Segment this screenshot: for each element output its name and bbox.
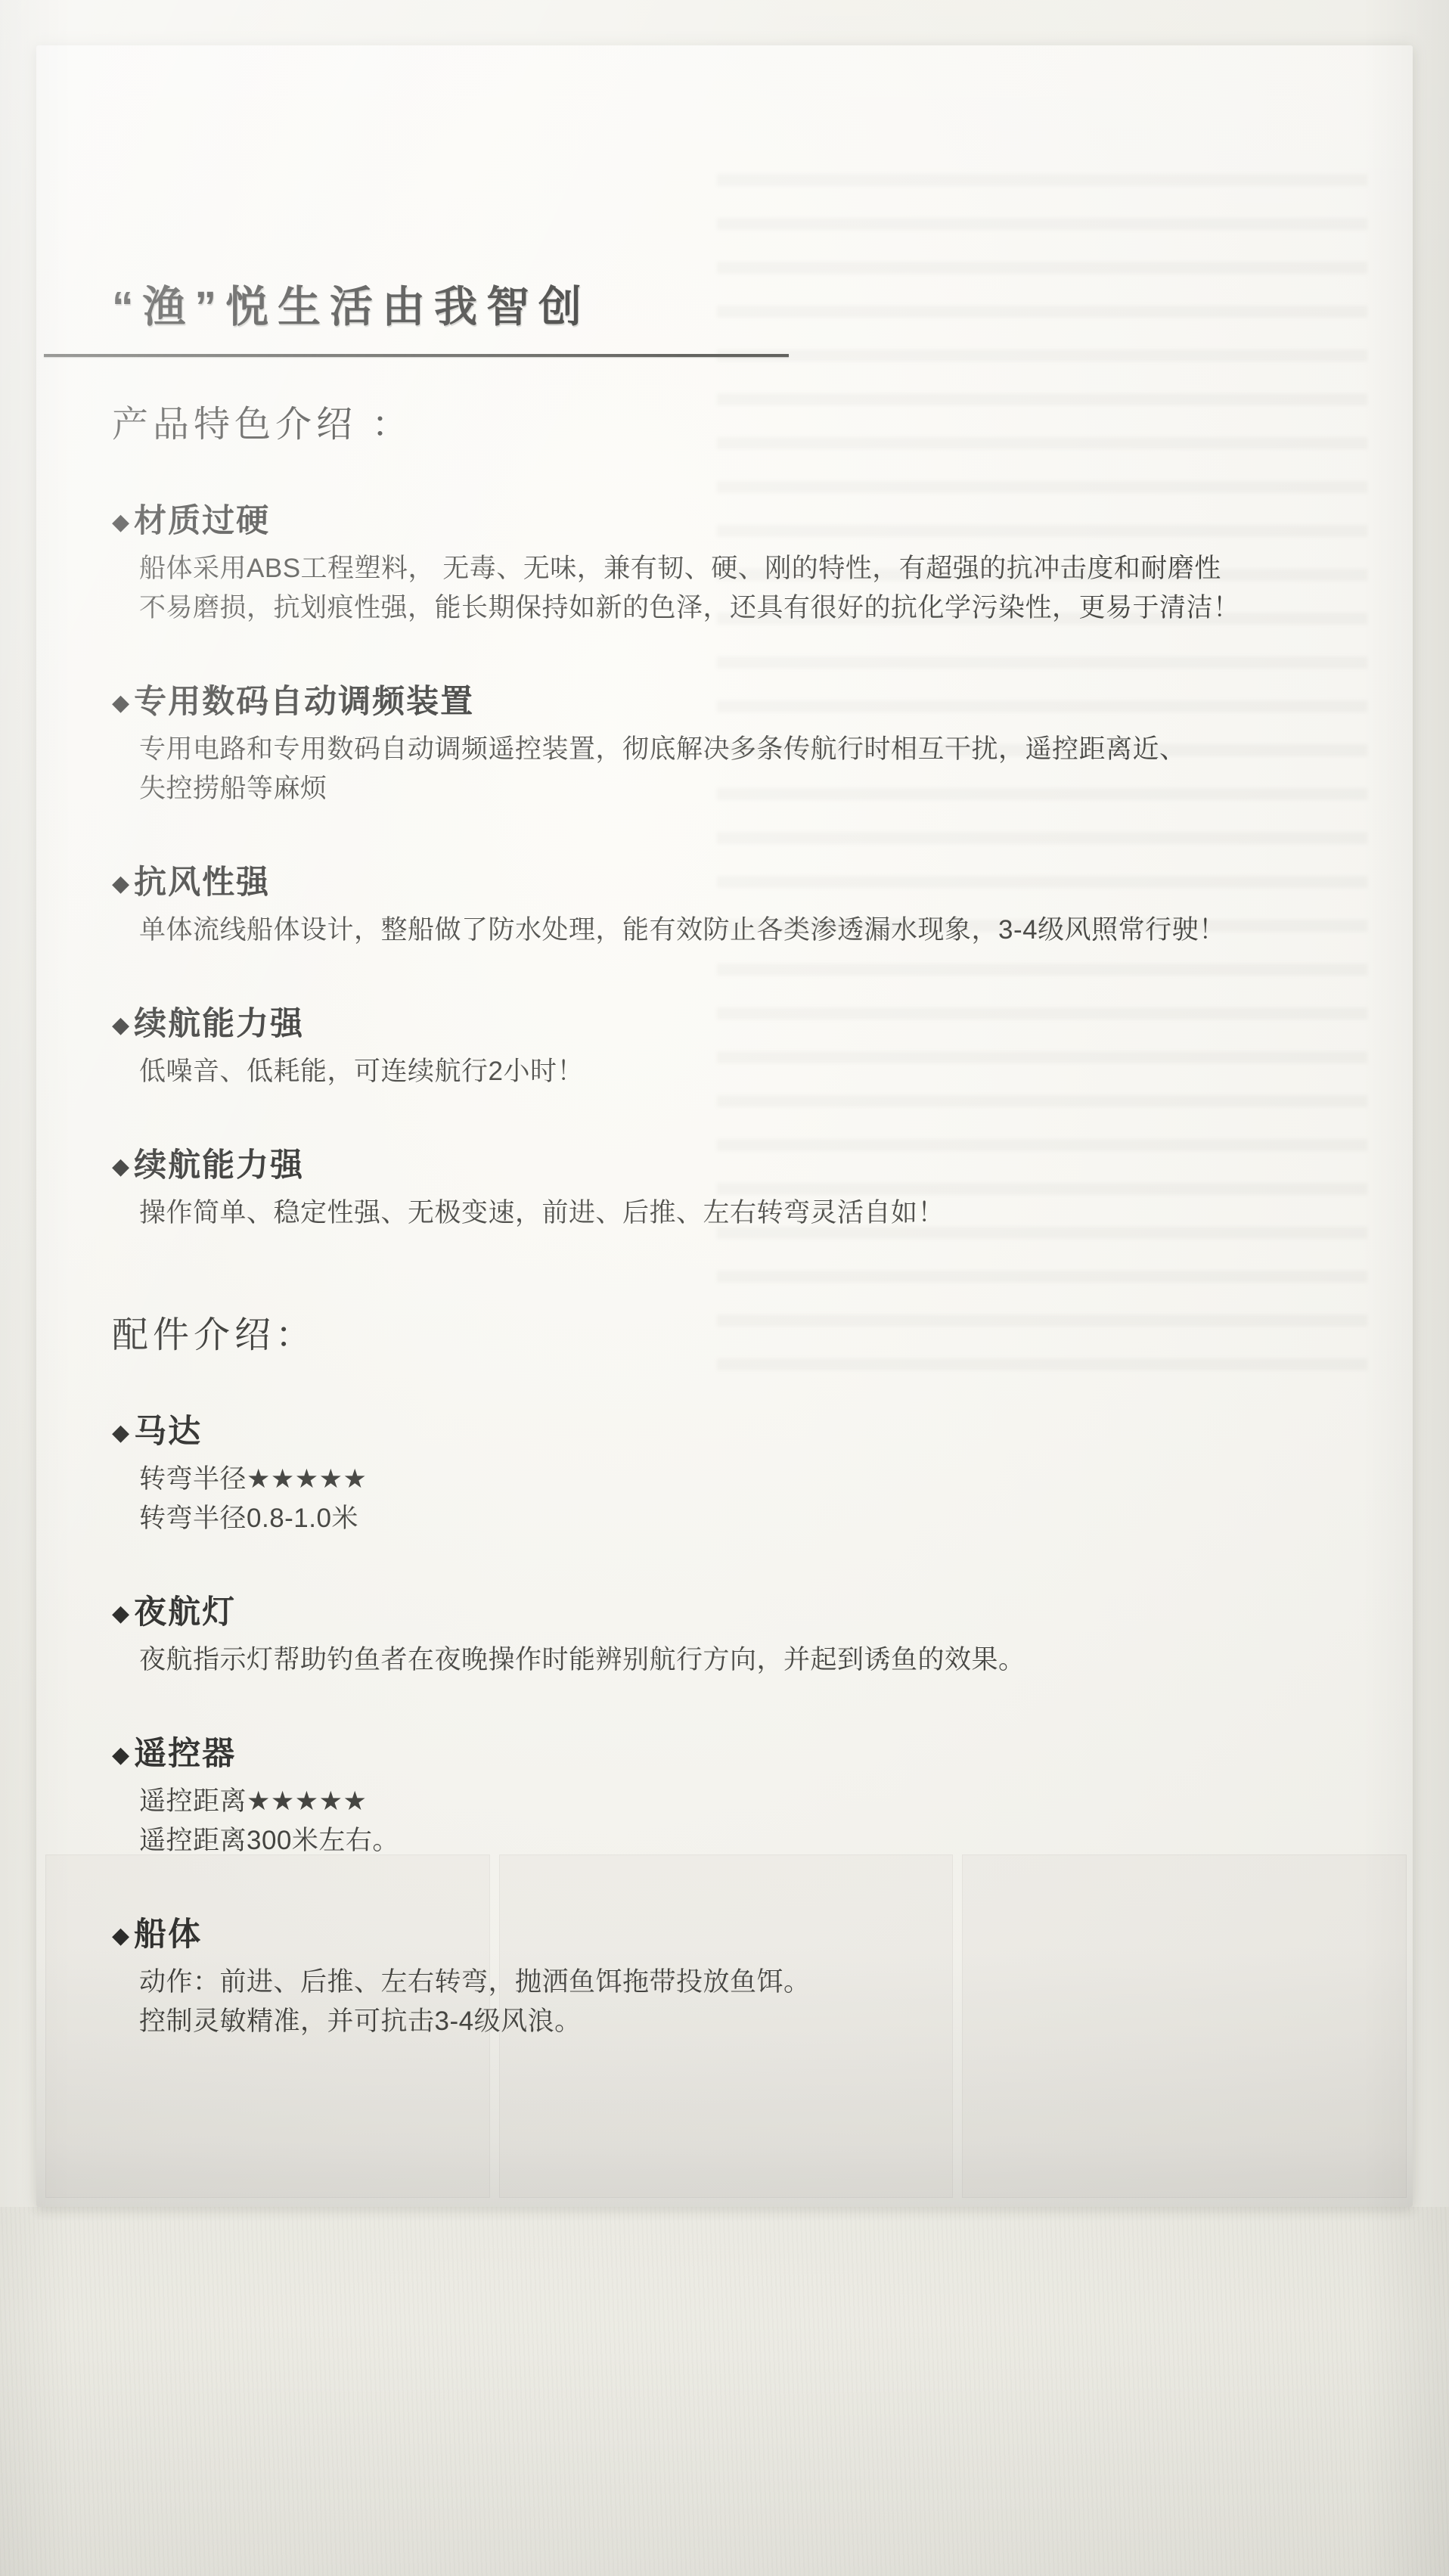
feature-line: 专用电路和专用数码自动调频遥控装置，彻底解决多条传航行时相互干扰，遥控距离近、: [139, 730, 1330, 769]
feature-section-endurance-1: ◆ 续航能力强 低噪音、低耗能，可连续航行2小时！: [112, 998, 1330, 1091]
feature-section-frequency: ◆ 专用数码自动调频装置 专用电路和专用数码自动调频遥控装置，彻底解决多条传航行…: [112, 676, 1330, 808]
feature-heading: ◆ 专用数码自动调频装置: [112, 676, 1330, 722]
accessory-title: 马达: [134, 1406, 202, 1452]
feature-body: 操作简单、稳定性强、无极变速，前进、后推、左右转弯灵活自如！: [139, 1193, 1330, 1233]
feature-section-endurance-2: ◆ 续航能力强 操作简单、稳定性强、无极变速，前进、后推、左右转弯灵活自如！: [112, 1140, 1330, 1233]
diamond-bullet-icon: ◆: [112, 1156, 131, 1178]
feature-line: 失控捞船等麻烦: [139, 769, 1330, 808]
accessory-body: 转弯半径★★★★★ 转弯半径0.8-1.0米: [139, 1460, 1330, 1538]
feature-line: 操作简单、稳定性强、无极变速，前进、后推、左右转弯灵活自如！: [139, 1193, 1330, 1233]
feature-heading: ◆ 续航能力强: [112, 998, 1330, 1044]
feature-line: 船体采用ABS工程塑料， 无毒、无味，兼有韧、硬、刚的特性，有超强的抗冲击度和耐…: [139, 549, 1330, 588]
feature-heading: ◆ 抗风性强: [112, 857, 1330, 903]
feature-line: 不易磨损，抗划痕性强，能长期保持如新的色泽，还具有很好的抗化学污染性，更易于清洁…: [139, 588, 1330, 628]
diamond-bullet-icon: ◆: [112, 511, 131, 534]
page-content: “渔”悦生活由我智创 产品特色介绍 ： ◆ 材质过硬 船体采用ABS工程塑料， …: [36, 45, 1413, 2207]
feature-title: 材质过硬: [134, 495, 270, 542]
feature-title: 专用数码自动调频装置: [134, 676, 474, 722]
page-title: “渔”悦生活由我智创: [112, 272, 1330, 334]
feature-heading: ◆ 续航能力强: [112, 1140, 1330, 1186]
accessory-title: 夜航灯: [134, 1587, 236, 1633]
feature-title: 抗风性强: [134, 857, 270, 903]
diamond-bullet-icon: ◆: [112, 1925, 131, 1948]
feature-title: 续航能力强: [134, 1140, 304, 1186]
accessory-line: 转弯半径0.8-1.0米: [139, 1499, 1330, 1538]
accessory-line: 遥控距离300米左右。: [139, 1821, 1330, 1861]
features-section-heading: 产品特色介绍 ：: [112, 395, 1330, 447]
diamond-bullet-icon: ◆: [112, 692, 131, 715]
feature-line: 单体流线船体设计，整船做了防水处理，能有效防止各类渗透漏水现象，3-4级风照常行…: [139, 911, 1330, 950]
table-surface-background: [0, 2207, 1449, 2576]
accessory-body: 动作：前进、后推、左右转弯，抛洒鱼饵拖带投放鱼饵。 控制灵敏精准，并可抗击3-4…: [139, 1963, 1330, 2041]
diamond-bullet-icon: ◆: [112, 1422, 131, 1445]
diamond-bullet-icon: ◆: [112, 1014, 131, 1037]
feature-section-material: ◆ 材质过硬 船体采用ABS工程塑料， 无毒、无味，兼有韧、硬、刚的特性，有超强…: [112, 495, 1330, 628]
accessory-heading: ◆ 夜航灯: [112, 1587, 1330, 1633]
accessory-heading: ◆ 船体: [112, 1909, 1330, 1955]
feature-body: 低噪音、低耗能，可连续航行2小时！: [139, 1052, 1330, 1091]
accessory-line: 动作：前进、后推、左右转弯，抛洒鱼饵拖带投放鱼饵。: [139, 1963, 1330, 2002]
accessory-heading: ◆ 遥控器: [112, 1728, 1330, 1774]
accessory-heading: ◆ 马达: [112, 1406, 1330, 1452]
rating-line: 转弯半径★★★★★: [139, 1460, 1330, 1499]
accessory-section-hull: ◆ 船体 动作：前进、后推、左右转弯，抛洒鱼饵拖带投放鱼饵。 控制灵敏精准，并可…: [112, 1909, 1330, 2041]
accessory-title: 船体: [134, 1909, 202, 1955]
feature-body: 专用电路和专用数码自动调频遥控装置，彻底解决多条传航行时相互干扰，遥控距离近、 …: [139, 730, 1330, 808]
feature-line: 低噪音、低耗能，可连续航行2小时！: [139, 1052, 1330, 1091]
feature-title: 续航能力强: [134, 998, 304, 1044]
diamond-bullet-icon: ◆: [112, 1744, 131, 1767]
feature-body: 单体流线船体设计，整船做了防水处理，能有效防止各类渗透漏水现象，3-4级风照常行…: [139, 911, 1330, 950]
title-underline: [44, 354, 789, 357]
manual-paper-sheet: “渔”悦生活由我智创 产品特色介绍 ： ◆ 材质过硬 船体采用ABS工程塑料， …: [36, 45, 1413, 2207]
feature-heading: ◆ 材质过硬: [112, 495, 1330, 542]
accessory-section-night-light: ◆ 夜航灯 夜航指示灯帮助钓鱼者在夜晚操作时能辨别航行方向，并起到诱鱼的效果。: [112, 1587, 1330, 1680]
accessories-section-heading: 配件介绍：: [112, 1305, 1330, 1358]
diamond-bullet-icon: ◆: [112, 1603, 131, 1625]
diamond-bullet-icon: ◆: [112, 873, 131, 895]
feature-body: 船体采用ABS工程塑料， 无毒、无味，兼有韧、硬、刚的特性，有超强的抗冲击度和耐…: [139, 549, 1330, 628]
photo-of-product-manual-page: “渔”悦生活由我智创 产品特色介绍 ： ◆ 材质过硬 船体采用ABS工程塑料， …: [0, 0, 1449, 2576]
accessory-body: 遥控距离★★★★★ 遥控距离300米左右。: [139, 1782, 1330, 1861]
accessory-title: 遥控器: [134, 1728, 236, 1774]
accessory-body: 夜航指示灯帮助钓鱼者在夜晚操作时能辨别航行方向，并起到诱鱼的效果。: [139, 1640, 1330, 1680]
accessory-section-motor: ◆ 马达 转弯半径★★★★★ 转弯半径0.8-1.0米: [112, 1406, 1330, 1538]
rating-line: 遥控距离★★★★★: [139, 1782, 1330, 1821]
feature-section-wind-resistance: ◆ 抗风性强 单体流线船体设计，整船做了防水处理，能有效防止各类渗透漏水现象，3…: [112, 857, 1330, 950]
accessory-section-remote: ◆ 遥控器 遥控距离★★★★★ 遥控距离300米左右。: [112, 1728, 1330, 1861]
accessory-line: 控制灵敏精准，并可抗击3-4级风浪。: [139, 2002, 1330, 2041]
accessory-line: 夜航指示灯帮助钓鱼者在夜晚操作时能辨别航行方向，并起到诱鱼的效果。: [139, 1640, 1330, 1680]
